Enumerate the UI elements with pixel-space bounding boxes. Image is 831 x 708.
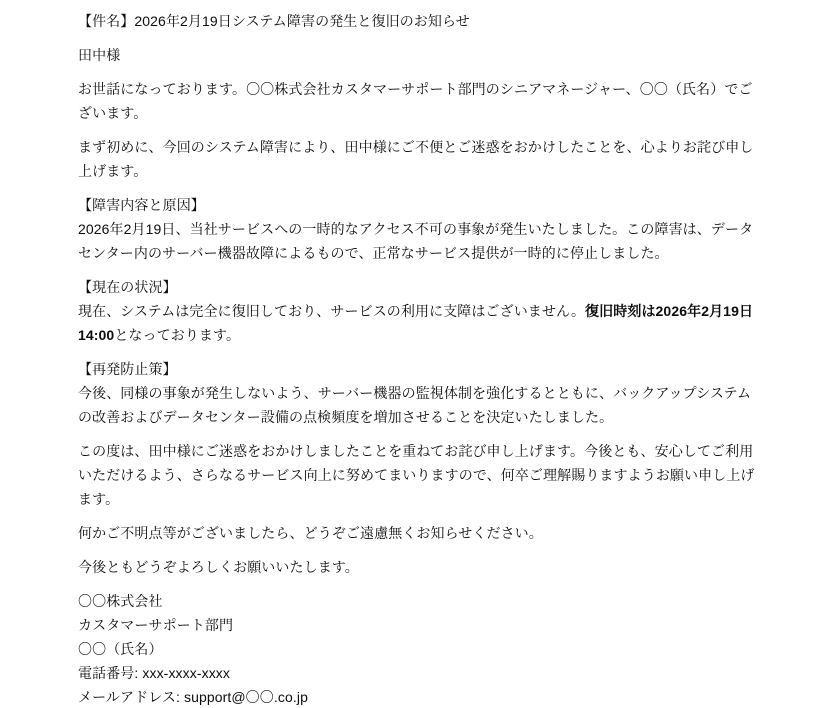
apology-paragraph: まず初めに、今回のシステム障害により、田中様にご不便とご迷惑をおかけしたことを、… [78,135,758,183]
signature-block: 〇〇株式会社 カスタマーサポート部門 〇〇（氏名） 電話番号: xxx-xxxx… [78,589,758,708]
prevention-section: 【再発防止策】 今後、同様の事象が発生しないよう、サーバー機器の監視体制を強化す… [78,357,758,429]
closing-paragraph: 今後ともどうぞよろしくお願いいたします。 [78,555,758,579]
status-body-after: となっております。 [114,327,240,343]
prevention-heading: 【再発防止策】 [78,357,758,381]
status-section: 【現在の状況】 現在、システムは完全に復旧しており、サービスの利用に支障はござい… [78,275,758,347]
subject-line: 【件名】2026年2月19日システム障害の発生と復旧のお知らせ [78,9,758,33]
signature-name: 〇〇（氏名） [78,637,758,661]
signature-department: カスタマーサポート部門 [78,613,758,637]
closing-apology-paragraph: この度は、田中様にご迷惑をおかけしましたことを重ねてお詫び申し上げます。今後とも… [78,439,758,511]
status-body-normal: 現在、システムは完全に復旧しており、サービスの利用に支障はございません。 [78,303,585,319]
prevention-body: 今後、同様の事象が発生しないよう、サーバー機器の監視体制を強化するとともに、バッ… [78,381,758,429]
signature-company: 〇〇株式会社 [78,589,758,613]
status-heading: 【現在の状況】 [78,275,758,299]
incident-heading: 【障害内容と原因】 [78,193,758,217]
status-body: 現在、システムは完全に復旧しており、サービスの利用に支障はございません。復旧時刻… [78,299,758,347]
signature-email: メールアドレス: support@〇〇.co.jp [78,685,758,708]
contact-note-paragraph: 何かご不明点等がございましたら、どうぞご遠慮無くお知らせください。 [78,521,758,545]
recipient-line: 田中様 [78,43,758,67]
signature-phone: 電話番号: xxx-xxxx-xxxx [78,661,758,685]
intro-paragraph: お世話になっております。〇〇株式会社カスタマーサポート部門のシニアマネージャー、… [78,77,758,125]
incident-section: 【障害内容と原因】 2026年2月19日、当社サービスへの一時的なアクセス不可の… [78,193,758,265]
incident-body: 2026年2月19日、当社サービスへの一時的なアクセス不可の事象が発生いたしまし… [78,217,758,265]
email-document: 【件名】2026年2月19日システム障害の発生と復旧のお知らせ 田中様 お世話に… [0,0,831,708]
